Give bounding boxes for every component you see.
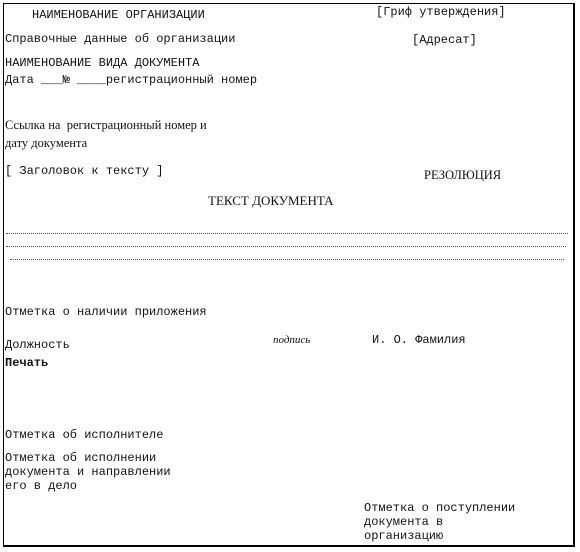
- position: Должность: [5, 338, 70, 352]
- executor-note: Отметка об исполнителе: [5, 428, 163, 442]
- reference-line-1: Ссылка на регистрационный номер и: [5, 118, 207, 132]
- signature: подпись: [273, 333, 310, 347]
- doc-type: НАИМЕНОВАНИЕ ВИДА ДОКУМЕНТА: [5, 56, 199, 70]
- org-reference: Справочные данные об организации: [5, 32, 235, 46]
- text-line-3: [10, 259, 564, 260]
- resolution: РЕЗОЛЮЦИЯ: [424, 168, 501, 182]
- body-text: ТЕКСТ ДОКУМЕНТА: [208, 194, 334, 208]
- receipt-note-line-1: Отметка о поступлении: [364, 501, 515, 515]
- receipt-note-line-2: документа в: [364, 515, 443, 529]
- execution-note-line-3: его в дело: [5, 479, 77, 493]
- addressee: [Адресат]: [412, 33, 477, 47]
- approval-stamp: [Гриф утверждения]: [376, 5, 506, 19]
- execution-note-line-1: Отметка об исполнении: [5, 451, 156, 465]
- text-line-2: [6, 246, 566, 247]
- text-line-1: [6, 233, 568, 234]
- execution-note-line-2: документа и направлении: [5, 465, 171, 479]
- heading: [ Заголовок к тексту ]: [5, 164, 163, 178]
- receipt-note-line-3: организацию: [364, 529, 443, 543]
- date-line: Дата ___№ ____регистрационный номер: [5, 73, 257, 87]
- reference-line-2: дату документа: [5, 136, 87, 150]
- full-name: И. О. Фамилия: [372, 333, 466, 347]
- org-name: НАИМЕНОВАНИЕ ОРГАНИЗАЦИИ: [32, 8, 205, 22]
- seal: Печать: [5, 356, 48, 370]
- attachment-note: Отметка о наличии приложения: [5, 305, 207, 319]
